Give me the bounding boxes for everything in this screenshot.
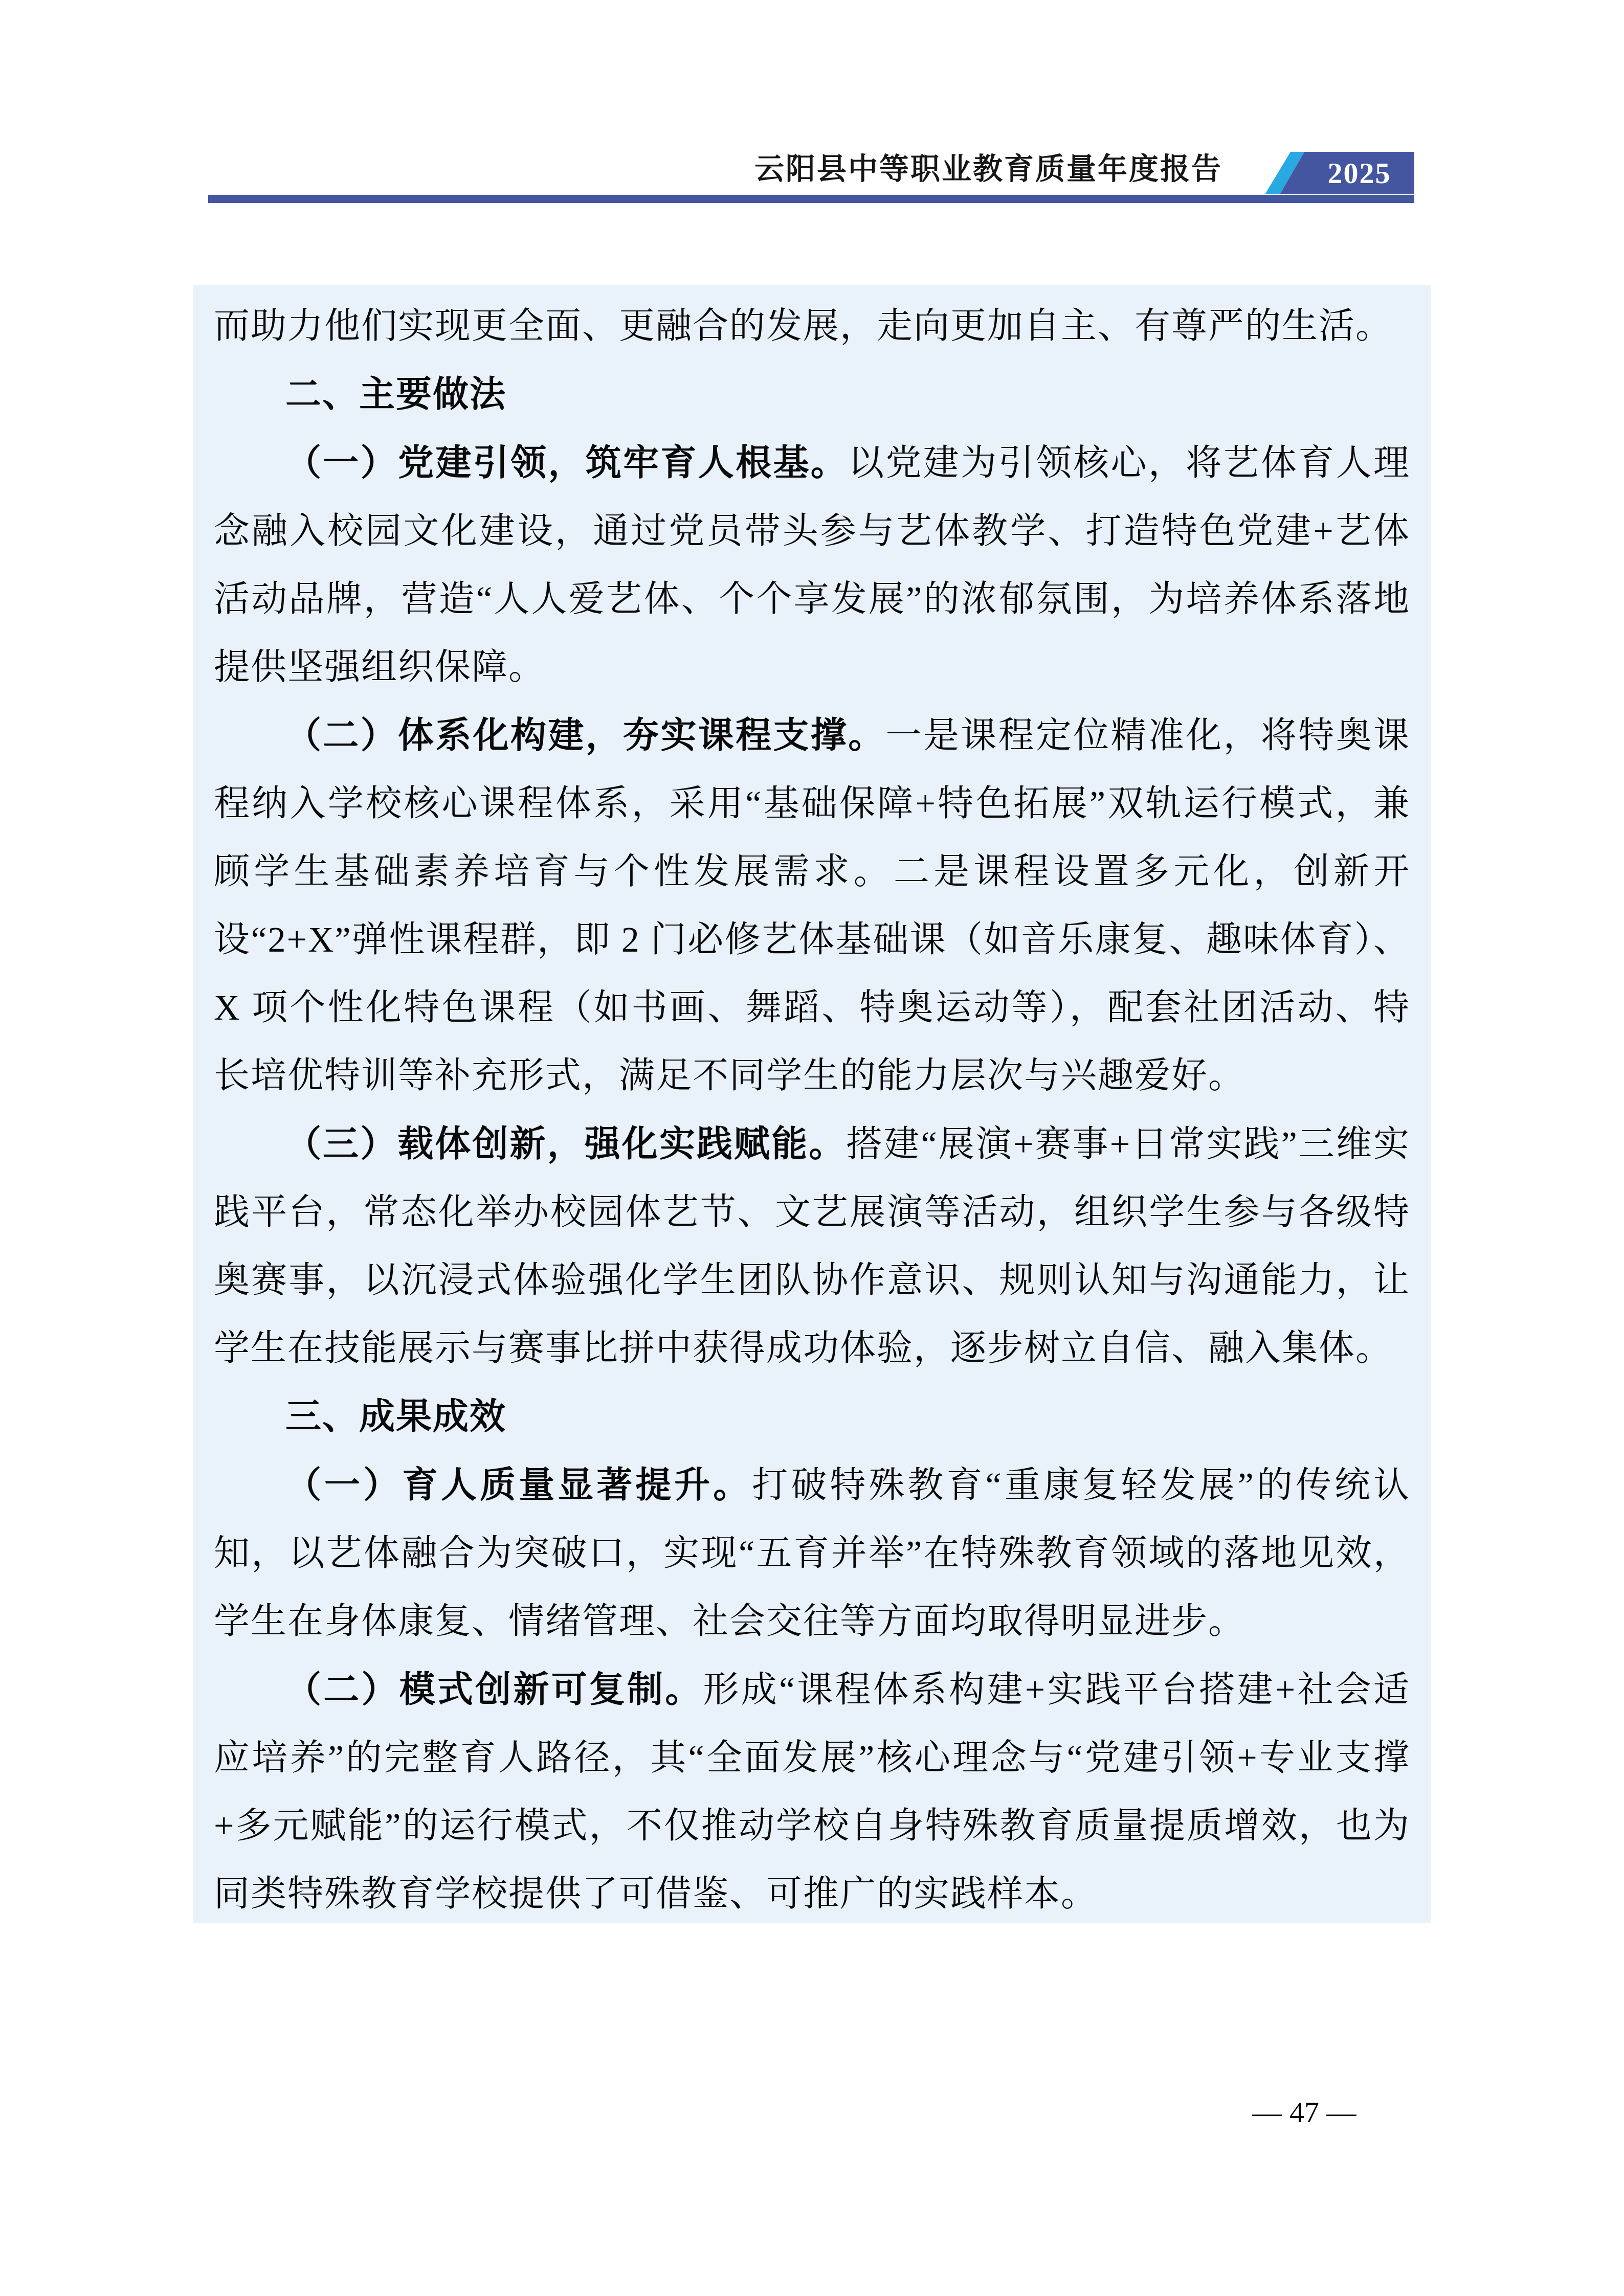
section-heading: 二、主要做法	[214, 361, 1410, 429]
paragraph: （一）党建引领，筑牢育人根基。以党建为引领核心，将艺体育人理念融入校园文化建设，…	[214, 429, 1410, 702]
page-number: — 47 —	[1228, 2095, 1381, 2130]
paragraph-lead-bold: （一）党建引领，筑牢育人根基。	[285, 443, 848, 483]
paragraph: 而助力他们实现更全面、更融合的发展，走向更加自主、有尊严的生活。	[214, 292, 1410, 361]
paragraph-lead-bold: 二、主要做法	[285, 374, 506, 414]
paragraph-text: 一是课程定位精准化，将特奥课程纳入学校核心课程体系，采用“基础保障+特色拓展”双…	[214, 716, 1410, 1096]
paragraph-text: 而助力他们实现更全面、更融合的发展，走向更加自主、有尊严的生活。	[214, 307, 1392, 346]
paragraph-lead-bold: （二）体系化构建，夯实课程支撑。	[285, 715, 886, 755]
header-rule	[208, 195, 1414, 203]
paragraph-lead-bold: 三、成果成效	[285, 1397, 506, 1436]
paragraph: （二）模式创新可复制。形成“课程体系构建+实践平台搭建+社会适应培养”的完整育人…	[214, 1656, 1410, 1923]
paragraph-lead-bold: （三）载体创新，强化实践赋能。	[285, 1124, 846, 1164]
year-badge-label: 2025	[1304, 152, 1414, 194]
paragraph: （二）体系化构建，夯实课程支撑。一是课程定位精准化，将特奥课程纳入学校核心课程体…	[214, 702, 1410, 1110]
paragraph: （一）育人质量显著提升。打破特殊教育“重康复轻发展”的传统认知，以艺体融合为突破…	[214, 1451, 1410, 1656]
paragraph: （三）载体创新，强化实践赋能。搭建“展演+赛事+日常实践”三维实践平台，常态化举…	[214, 1110, 1410, 1383]
paragraph-lead-bold: （一）育人质量显著提升。	[285, 1465, 752, 1505]
section-heading: 三、成果成效	[214, 1383, 1410, 1451]
paragraph-lead-bold: （二）模式创新可复制。	[285, 1670, 703, 1709]
report-title: 云阳县中等职业教育质量年度报告	[754, 153, 1222, 185]
document-body: 而助力他们实现更全面、更融合的发展，走向更加自主、有尊严的生活。二、主要做法（一…	[193, 285, 1431, 1923]
year-badge: 2025	[1258, 152, 1414, 194]
